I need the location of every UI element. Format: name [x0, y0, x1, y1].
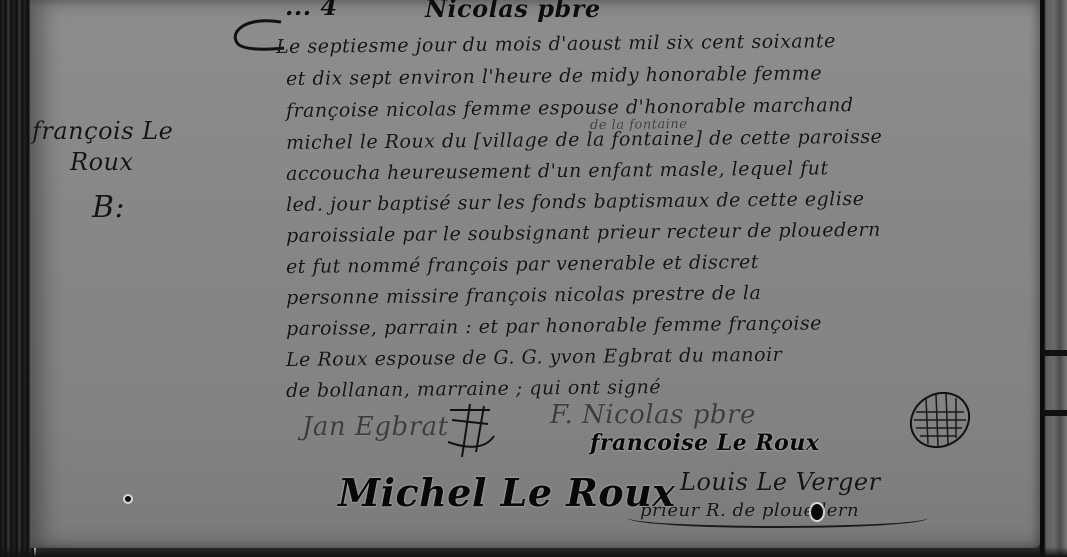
- signature-jan-egbrat: Jan Egbrat: [302, 412, 449, 442]
- binding-band: [1042, 350, 1067, 356]
- signature-underline-flourish: [628, 508, 928, 528]
- margin-note-name-line-2: Roux: [70, 148, 134, 176]
- body-line-8: et fut nommé françois par venerable et d…: [286, 251, 759, 278]
- margin-note-name-line-1: françois Le: [32, 117, 173, 145]
- right-binding-edge: [1040, 0, 1067, 557]
- body-line-11: Le Roux espouse de G. G. yvon Egbrat du …: [286, 344, 782, 371]
- ink-spot: [125, 496, 131, 502]
- body-line-12: de bollanan, marraine ; qui ont signé: [286, 376, 661, 402]
- header-fragment-right: Nicolas pbre: [425, 0, 601, 23]
- body-line-4: michel le Roux du [village de la fontain…: [286, 126, 883, 154]
- signature-louis-le-verger: Louis Le Verger: [680, 468, 881, 496]
- body-line-3: françoise nicolas femme espouse d'honora…: [286, 94, 854, 122]
- crosshatched-paraph-icon: [898, 382, 978, 458]
- signature-nicolas-pbre: F. Nicolas pbre: [550, 400, 756, 430]
- body-line-10: paroisse, parrain : et par honorable fem…: [286, 312, 822, 340]
- body-line-2: et dix sept environ l'heure de midy hono…: [286, 62, 822, 90]
- body-line-9: personne missire françois nicolas prestr…: [286, 282, 761, 309]
- margin-note-code: B:: [92, 194, 125, 222]
- ink-blot: [811, 504, 823, 520]
- header-fragment-left: ... 4: [285, 0, 338, 21]
- body-line-6: led. jour baptisé sur les fonds baptisma…: [286, 188, 865, 216]
- scanned-register-page: ... 4 Nicolas pbre françois Le Roux B: L…: [0, 0, 1067, 557]
- paraph-flourish-icon: [440, 402, 500, 462]
- signature-francoise-le-roux: francoise Le Roux: [590, 430, 819, 456]
- binding-band: [1042, 410, 1067, 416]
- body-line-1: Le septiesme jour du mois d'aoust mil si…: [276, 30, 836, 58]
- bottom-page-edge: [0, 547, 1067, 557]
- body-line-5: accoucha heureusement d'un enfant masle,…: [286, 157, 829, 185]
- signature-michel-le-roux: Michel Le Roux: [338, 470, 675, 515]
- body-line-7: paroissiale par le soubsignant prieur re…: [286, 219, 881, 247]
- parchment-page: ... 4 Nicolas pbre françois Le Roux B: L…: [30, 0, 1040, 548]
